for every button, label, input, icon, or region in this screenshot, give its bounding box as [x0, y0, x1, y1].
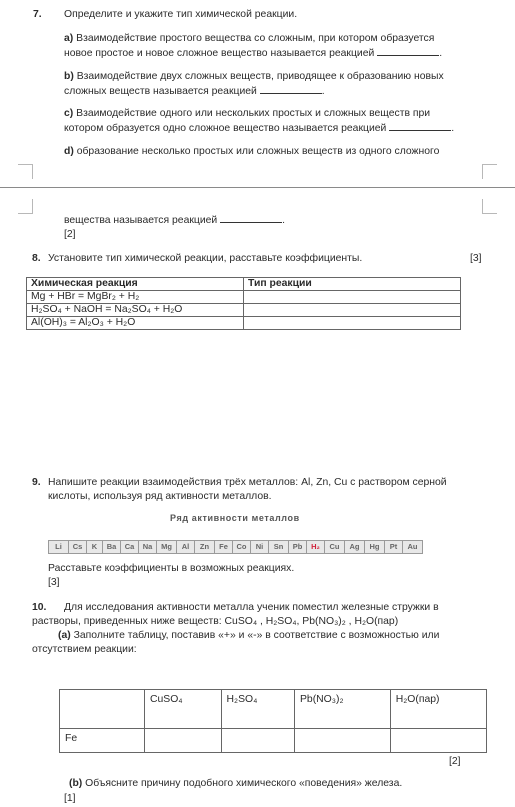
iron-reactions-table: CuSO₄ H₂SO₄ Pb(NO₃)₂ H₂O(пар) Fe [59, 689, 487, 753]
page-break-divider [0, 187, 515, 188]
table-header-row: CuSO₄ H₂SO₄ Pb(NO₃)₂ H₂O(пар) [60, 690, 487, 729]
q10-line2: растворы, приведенных ниже веществ: CuSO… [32, 615, 398, 629]
q7-item-d-line1: d) образование несколько простых или сло… [64, 145, 439, 159]
q10-part-a-line2: отсутствием реакции: [32, 643, 137, 657]
metal-cell: Ca [121, 541, 139, 553]
q7-item-b-line2: сложных веществ называется реакцией . [64, 84, 325, 99]
q10-part-b: (b) Объясните причину подобного химическ… [69, 777, 402, 791]
metal-cell: Hg [365, 541, 385, 553]
table-row: H₂SO₄ + NaOH = Na₂SO₄ + H₂O [27, 304, 461, 317]
metal-cell: Pt [385, 541, 403, 553]
type-answer-cell[interactable] [244, 291, 461, 304]
metal-cell: Fe [215, 541, 233, 553]
q7-item-d-line2: вещества называется реакцией . [64, 213, 285, 228]
q10-part-a-label: (a) [58, 630, 71, 641]
metal-cell: Au [403, 541, 422, 553]
q7-item-c-line2: котором образуется одно сложное вещество… [64, 121, 454, 136]
answer-cell-cuso4[interactable] [145, 729, 222, 753]
type-answer-cell[interactable] [244, 317, 461, 330]
answer-blank-d[interactable] [220, 213, 282, 223]
metal-activity-series: LiCsKBaCaNaMgAlZnFeCoNiSnPbH₂CuAgHgPtAu [48, 540, 423, 554]
metal-cell: Cs [69, 541, 87, 553]
header-type: Тип реакции [244, 278, 461, 291]
metal-cell: Al [177, 541, 195, 553]
type-answer-cell[interactable] [244, 304, 461, 317]
metal-cell: Ni [251, 541, 269, 553]
metal-cell: Ag [345, 541, 365, 553]
q9-score: [3] [48, 576, 60, 590]
table-header-row: Химическая реакция Тип реакции [27, 278, 461, 291]
q7-item-b-line1: b) Взаимодействие двух сложных веществ, … [64, 70, 444, 84]
header-empty [60, 690, 145, 729]
table-row: Al(OH)₃ = Al₂O₃ + H₂O [27, 317, 461, 330]
q7-item-a-line2: новое простое и новое сложное вещество н… [64, 46, 442, 61]
q7-score: [2] [64, 228, 76, 242]
answer-cell-pbno32[interactable] [295, 729, 391, 753]
q9-instruction: Расставьте коэффициенты в возможных реак… [48, 562, 294, 576]
metal-cell: Li [49, 541, 69, 553]
metal-cell: Sn [269, 541, 289, 553]
metal-cell: Cu [325, 541, 345, 553]
margin-corner-mark [482, 164, 497, 179]
answer-blank-c[interactable] [389, 121, 451, 131]
q10-number: 10. [32, 601, 46, 615]
activity-series-title: Ряд активности металлов [170, 513, 300, 525]
reaction-cell: H₂SO₄ + NaOH = Na₂SO₄ + H₂O [27, 304, 244, 317]
header-h2o-steam: H₂O(пар) [390, 690, 486, 729]
margin-corner-mark [18, 164, 33, 179]
table-row: Mg + HBr = MgBr₂ + H₂ [27, 291, 461, 304]
q7-item-c-line1: c) Взаимодействие одного или нескольких … [64, 107, 430, 121]
margin-corner-mark [18, 199, 33, 214]
metal-cell: K [87, 541, 103, 553]
q10-part-b-label: (b) [69, 778, 82, 789]
q9-line1: Напишите реакции взаимодействия трёх мет… [48, 476, 447, 490]
header-pbno32: Pb(NO₃)₂ [295, 690, 391, 729]
q7-item-c-letter: c) [64, 108, 73, 119]
header-h2so4: H₂SO₄ [221, 690, 294, 729]
q7-item-b-letter: b) [64, 71, 74, 82]
q9-line2: кислоты, используя ряд активности металл… [48, 490, 272, 504]
q10-score-b: [1] [64, 792, 76, 806]
metal-cell: Na [139, 541, 157, 553]
q8-number: 8. [32, 252, 41, 266]
q10-line1: Для исследования активности металла учен… [64, 601, 439, 615]
q7-item-a-letter: a) [64, 33, 73, 44]
q10-part-a-line1: (a) Заполните таблицу, поставив «+» и «-… [58, 629, 439, 643]
answer-blank-a[interactable] [377, 46, 439, 56]
metal-cell: Zn [195, 541, 215, 553]
header-reaction: Химическая реакция [27, 278, 244, 291]
row-label-fe: Fe [60, 729, 145, 753]
metal-cell: Co [233, 541, 251, 553]
metal-cell: Mg [157, 541, 177, 553]
header-cuso4: CuSO₄ [145, 690, 222, 729]
margin-corner-mark [482, 199, 497, 214]
q7-item-a-line1: a) Взаимодействие простого вещества со с… [64, 32, 434, 46]
table-row: Fe [60, 729, 487, 753]
q8-title: Установите тип химической реакции, расст… [48, 252, 362, 266]
metal-cell: Ba [103, 541, 121, 553]
q7-title: Определите и укажите тип химической реак… [64, 8, 297, 22]
q7-item-d-letter: d) [64, 146, 74, 157]
reaction-cell: Al(OH)₃ = Al₂O₃ + H₂O [27, 317, 244, 330]
answer-blank-b[interactable] [260, 84, 322, 94]
metal-cell: Pb [289, 541, 307, 553]
reactions-table: Химическая реакция Тип реакции Mg + HBr … [26, 277, 461, 330]
q8-score: [3] [470, 252, 482, 266]
answer-cell-h2so4[interactable] [221, 729, 294, 753]
metal-cell: H₂ [307, 541, 325, 553]
q9-number: 9. [32, 476, 41, 490]
reaction-cell: Mg + HBr = MgBr₂ + H₂ [27, 291, 244, 304]
q10-score-a: [2] [449, 755, 461, 769]
q7-number: 7. [33, 8, 42, 22]
answer-cell-h2o-steam[interactable] [390, 729, 486, 753]
